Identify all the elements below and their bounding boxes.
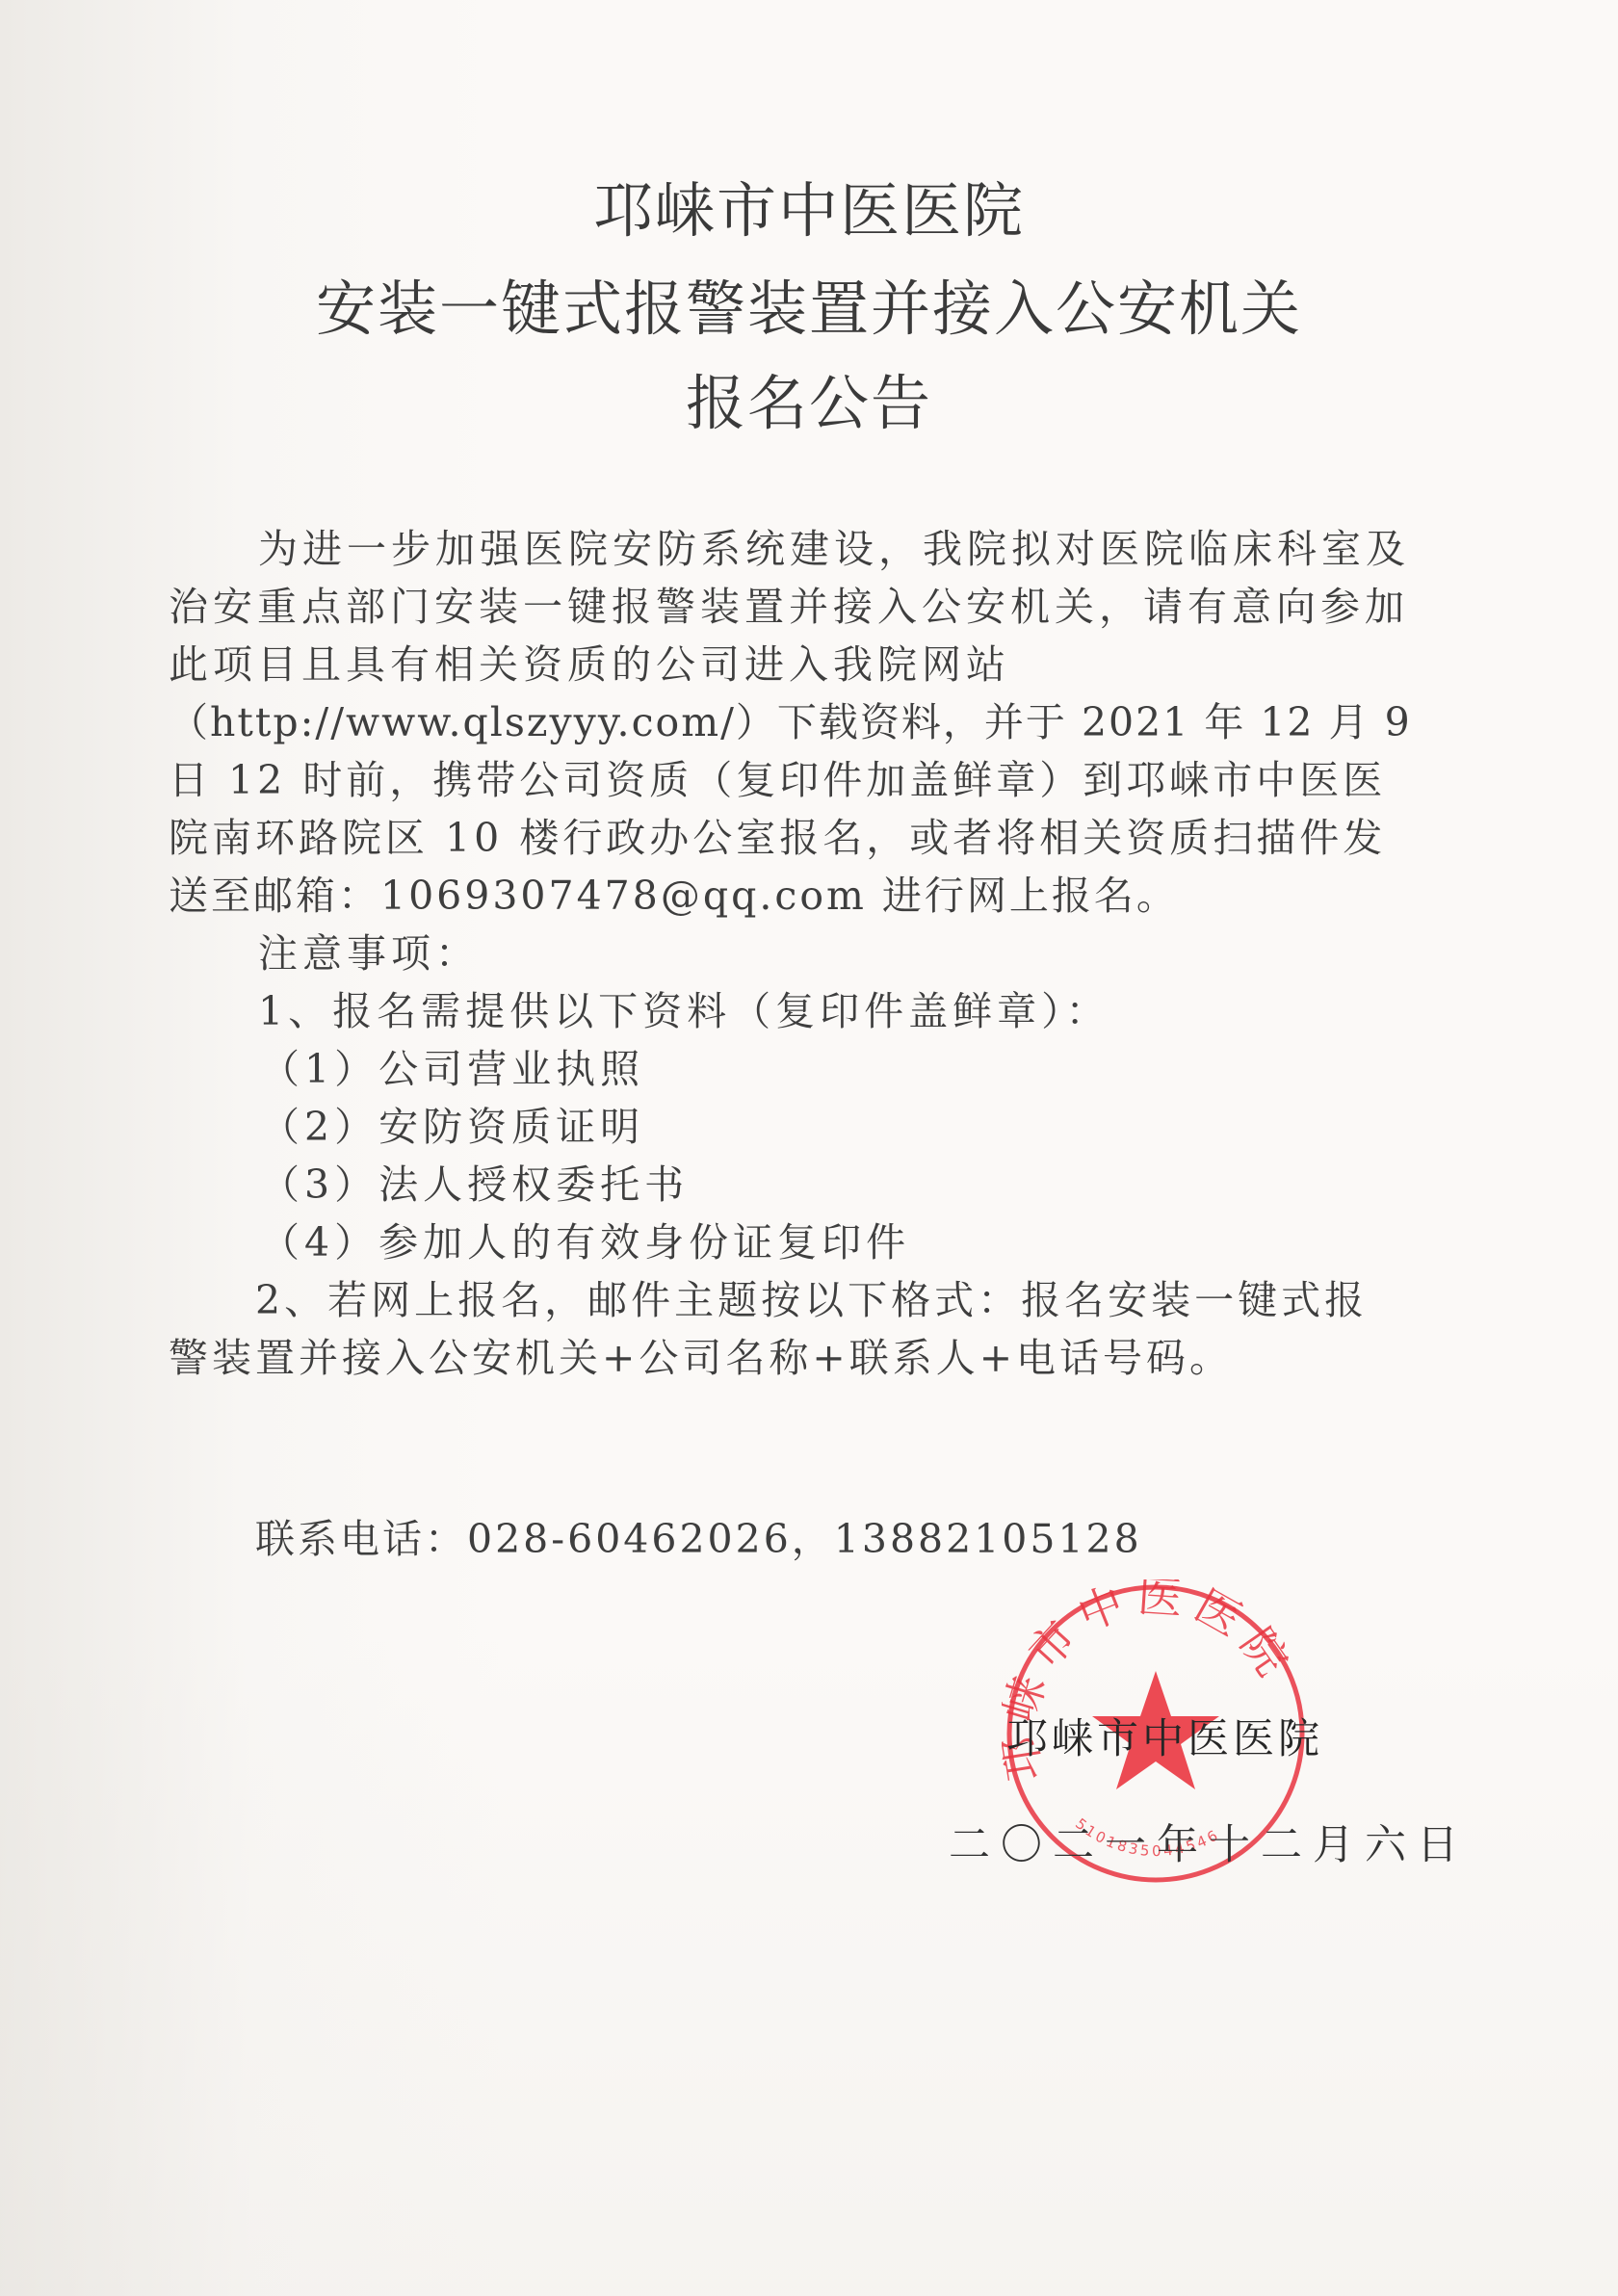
page-title-notice: 报名公告 (0, 374, 1618, 433)
body-line: 治安重点部门安装一键报警装置并接入公安机关，请有意向参加 (169, 587, 1409, 627)
notes-sub-item: （3）法人授权委托书 (260, 1165, 689, 1205)
page-title-hospital: 邛崃市中医医院 (0, 181, 1618, 241)
contact-phone: 联系电话：028-60462026，13882105128 (255, 1507, 1142, 1564)
notes-sub-item: （2）安防资质证明 (260, 1108, 644, 1147)
body-line: 院南环路院区 10 楼行政办公室报名，或者将相关资质扫描件发 (169, 819, 1386, 858)
issue-date: 二〇二一年十二月六日 (949, 1813, 1469, 1871)
notes-item-2-continued: 警装置并接入公安机关+公司名称+联系人+电话号码。 (169, 1339, 1233, 1378)
notes-sub-item: （1）公司营业执照 (260, 1050, 644, 1089)
page-title-project: 安装一键式报警装置并接入公安机关 (0, 279, 1618, 339)
issuer-signature: 邛崃市中医医院 (1006, 1707, 1323, 1765)
body-line: 为进一步加强医院安防系统建设，我院拟对医院临床科室及 (258, 530, 1410, 569)
notes-item-1: 1、报名需提供以下资料（复印件盖鲜章）： (258, 992, 1110, 1031)
notes-heading: 注意事项： (258, 934, 480, 974)
body-line: 日 12 时前，携带公司资质（复印件加盖鲜章）到邛崃市中医医 (169, 761, 1386, 800)
notes-sub-item: （4）参加人的有效身份证复印件 (260, 1223, 910, 1263)
body-line-email: 送至邮箱：1069307478@qq.com 进行网上报名。 (169, 876, 1179, 916)
notes-item-2: 2、若网上报名，邮件主题按以下格式：报名安装一键式报 (255, 1281, 1368, 1320)
body-line: 此项目且具有相关资质的公司进入我院网站 (169, 645, 1010, 685)
paper-background (0, 0, 1618, 2296)
body-line-website: （http://www.qlszyyy.com/）下载资料，并于 2021 年 … (169, 703, 1412, 743)
